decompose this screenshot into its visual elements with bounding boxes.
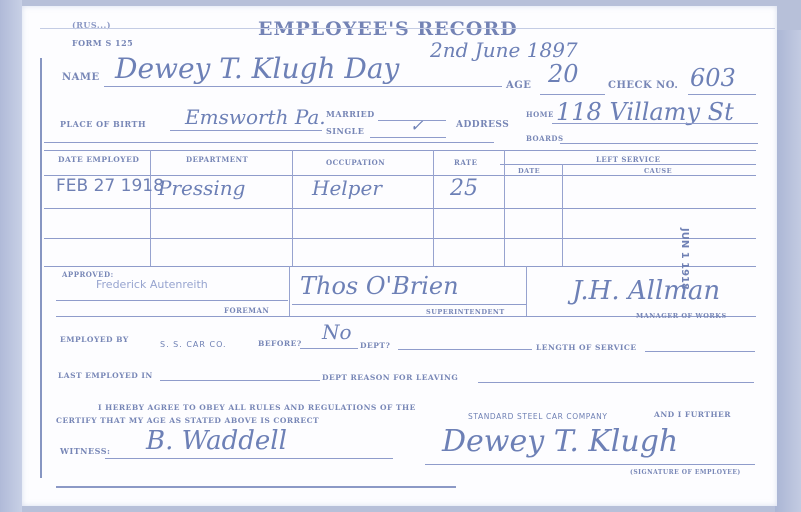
header-occupation: OCCUPATION [326,158,385,167]
scan-edge-right [775,30,801,512]
manager-label: MANAGER OF WORKS [636,312,727,320]
single-underline [370,137,446,138]
header-cause: CAUSE [644,167,672,175]
last-employed-label: LAST EMPLOYED IN [58,371,153,380]
name-underline [104,86,502,87]
reason-for-leaving-label: DEPT REASON FOR LEAVING [322,373,458,382]
place-of-birth-underline [170,130,322,131]
occupation-value: Helper [312,176,382,200]
before-underline [300,348,358,349]
address-label: ADDRESS [456,120,509,130]
foreman-label: FOREMAN [224,306,269,315]
home-value: 118 Villamy St [556,98,734,126]
employee-signature-underline [425,464,755,465]
single-label: SINGLE [326,126,364,136]
foreman-line [56,300,288,301]
header-date-employed: DATE EMPLOYED [58,155,139,164]
witness-label: WITNESS: [60,446,110,456]
agreement-line-1-end: AND I FURTHER [654,410,731,419]
single-value: ✓ [410,116,423,135]
length-of-service-label: LENGTH OF SERVICE [536,343,637,352]
employee-signature: Dewey T. Klugh [442,424,678,459]
col-divider-3 [433,150,434,266]
card-left-border [40,58,42,478]
married-label: MARRIED [326,109,375,119]
before-value: No [322,320,352,344]
check-no-label: CHECK NO. [608,80,678,91]
page-title: EMPLOYEE'S RECORD [258,18,518,40]
header-rate: RATE [454,158,477,167]
superintendent-label: SUPERINTENDENT [426,308,505,316]
bottom-border [56,486,456,488]
foreman-name-stamp: Frederick Autenreith [96,278,208,291]
scan-edge-left [0,0,22,512]
form-number: FORM S 125 [72,38,133,48]
approval-divider-1 [289,266,290,316]
superintendent-line [292,304,526,305]
dept-underline [398,349,532,350]
section-divider-1 [44,142,494,143]
witness-signature: B. Waddell [146,426,287,456]
home-underline [552,123,758,124]
col-divider-1 [150,150,151,266]
col-divider-5 [562,164,563,266]
employed-by-label: EMPLOYED BY [60,335,129,344]
agreement-line-2: CERTIFY THAT MY AGE AS STATED ABOVE IS C… [56,416,319,425]
signature-caption: (SIGNATURE OF EMPLOYEE) [630,469,741,476]
age-value: 20 [548,60,579,88]
header-department: DEPARTMENT [186,155,248,164]
check-no-underline [688,94,756,95]
top-border [40,28,775,29]
left-service-divider [500,164,756,165]
age-underline [540,94,605,95]
approval-divider-2 [526,266,527,316]
age-label: AGE [506,80,531,91]
length-of-service-underline [645,351,755,352]
check-no-value: 603 [690,64,736,92]
last-employed-underline [160,380,320,381]
name-value: Dewey T. Klugh Day [115,52,399,85]
header-left-service: LEFT SERVICE [596,155,660,164]
superintendent-signature: Thos O'Brien [300,272,459,300]
boards-label: BOARDS [526,134,564,143]
home-label: HOME [526,110,554,119]
boards-underline [560,143,758,144]
col-divider-2 [292,150,293,266]
birth-date-handwritten: 2nd June 1897 [430,38,578,62]
date-employed-stamp: FEB 27 1918 [56,176,164,196]
place-of-birth-value: Emsworth Pa. [185,105,326,129]
company-name: STANDARD STEEL CAR COMPANY [468,412,608,421]
rate-value: 25 [450,176,478,201]
agreement-line-1: I HEREBY AGREE TO OBEY ALL RULES AND REG… [98,403,416,412]
col-divider-4 [504,150,505,266]
name-label: NAME [62,72,100,83]
department-value: Pressing [158,176,245,200]
witness-underline [105,458,393,459]
before-label: BEFORE? [258,339,302,348]
reason-for-leaving-underline [478,382,754,383]
employed-by-value: S. S. CAR CO. [160,340,227,349]
dept-label: DEPT? [360,341,390,350]
place-of-birth-label: PLACE OF BIRTH [60,119,146,129]
manager-signature: J.H. Allman [572,276,720,306]
table-row-line-3 [44,266,756,267]
header-date: DATE [518,167,540,175]
